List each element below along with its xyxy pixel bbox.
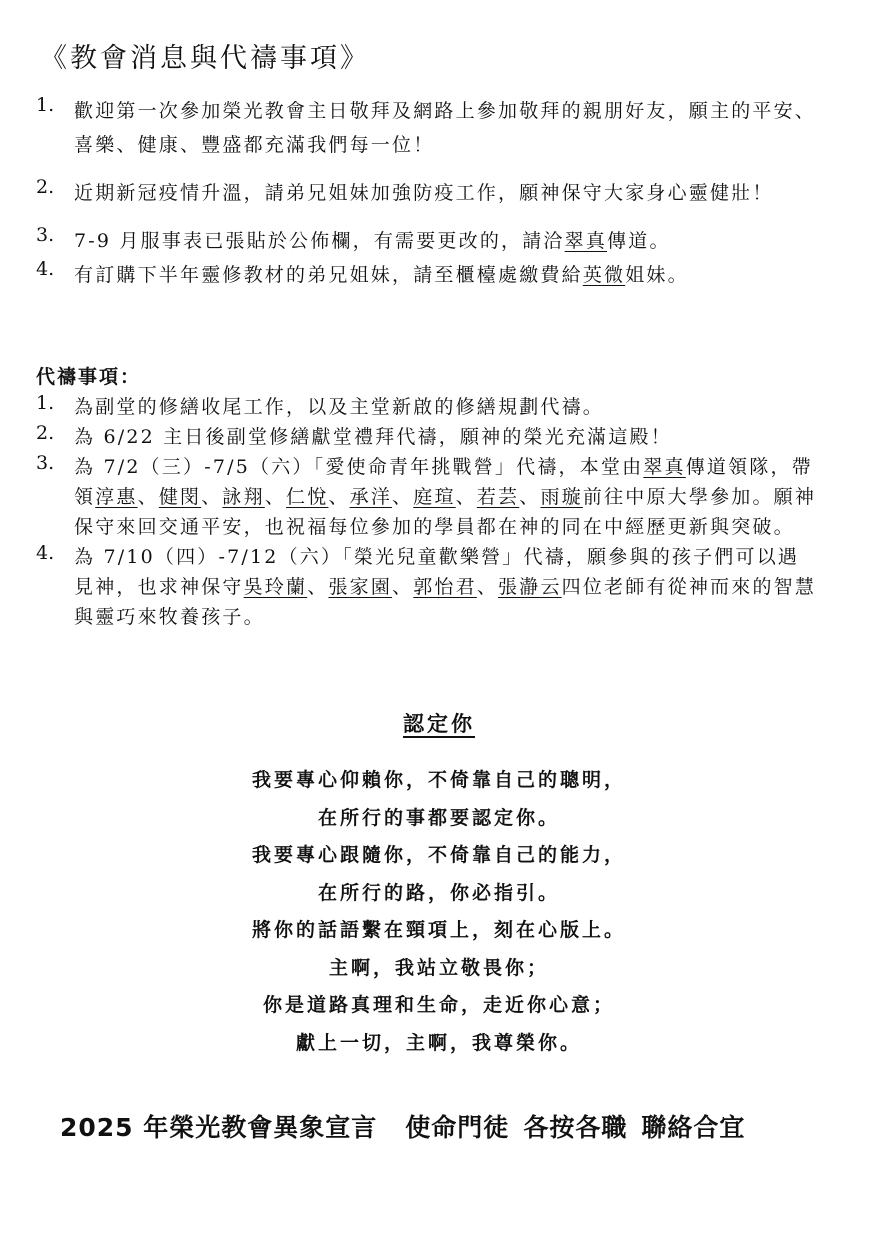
news-item: 3. 7-9 月服事表已張貼於公佈欄，有需要更改的，請洽翠真傳道。 [36, 224, 820, 258]
item-text: 為 7/10（四）-7/12（六）「榮光兒童歡樂營」代禱，願參與的孩子們可以遇見… [74, 542, 820, 632]
item-text: 歡迎第一次參加榮光教會主日敬拜及網路上參加敬拜的親朋好友，願主的平安、喜樂、健康… [74, 94, 820, 162]
poem-line: 將你的話語繫在頸項上，刻在心版上。 [0, 912, 878, 950]
poem-lyrics: 我要專心仰賴你，不倚靠自己的聰明， 在所行的事都要認定你。 我要專心跟隨你，不倚… [0, 762, 878, 1062]
item-number: 4. [36, 258, 74, 292]
person-name: 張瀞云 [498, 576, 562, 598]
person-name: 翠真 [565, 230, 607, 252]
text-segment: 7-9 月服事表已張貼於公佈欄，有需要更改的，請洽 [74, 230, 565, 252]
poem-line: 在所行的事都要認定你。 [0, 800, 878, 838]
prayer-item: 1. 為副堂的修繕收尾工作，以及主堂新啟的修繕規劃代禱。 [36, 392, 820, 422]
text-segment: 姐妹。 [625, 264, 689, 286]
prayer-item: 2. 為 6/22 主日後副堂修繕獻堂禮拜代禱，願神的榮光充滿這殿！ [36, 422, 820, 452]
separator: 、 [138, 486, 159, 508]
person-name: 吳玲蘭 [244, 576, 308, 598]
item-number: 4. [36, 542, 74, 632]
person-name: 淳惠 [95, 486, 137, 508]
person-name: 郭怡君 [413, 576, 477, 598]
item-text: 有訂購下半年靈修教材的弟兄姐妹，請至櫃檯處繳費給英微姐妹。 [74, 258, 820, 292]
person-name: 承洋 [350, 486, 392, 508]
poem-title: 認定你 [0, 708, 878, 738]
separator: 、 [265, 486, 286, 508]
poem-title-text: 認定你 [403, 711, 475, 736]
separator: 、 [392, 576, 413, 598]
news-item: 4. 有訂購下半年靈修教材的弟兄姐妹，請至櫃檯處繳費給英微姐妹。 [36, 258, 820, 292]
item-text: 近期新冠疫情升溫，請弟兄姐妹加強防疫工作，願神保守大家身心靈健壯！ [74, 176, 820, 210]
prayer-item: 4. 為 7/10（四）-7/12（六）「榮光兒童歡樂營」代禱，願參與的孩子們可… [36, 542, 820, 632]
poem-line: 我要專心跟隨你，不倚靠自己的能力， [0, 837, 878, 875]
person-name: 若芸 [477, 486, 519, 508]
vision-statement: 2025 年榮光教會異象宣言使命門徒各按各職聯絡合宜 [60, 1108, 759, 1144]
poem-line: 獻上一切，主啊，我尊榮你。 [0, 1025, 878, 1063]
poem-line: 主啊，我站立敬畏你； [0, 950, 878, 988]
person-name: 英微 [583, 264, 625, 286]
text-segment: 有訂購下半年靈修教材的弟兄姐妹，請至櫃檯處繳費給 [74, 264, 583, 286]
news-item: 1. 歡迎第一次參加榮光教會主日敬拜及網路上參加敬拜的親朋好友，願主的平安、喜樂… [36, 94, 820, 162]
item-text: 為 6/22 主日後副堂修繕獻堂禮拜代禱，願神的榮光充滿這殿！ [74, 422, 820, 452]
separator: 、 [477, 576, 498, 598]
vision-label: 2025 年榮光教會異象宣言 [60, 1113, 377, 1142]
item-text: 為副堂的修繕收尾工作，以及主堂新啟的修繕規劃代禱。 [74, 392, 820, 422]
person-name: 健閔 [159, 486, 201, 508]
news-item: 2. 近期新冠疫情升溫，請弟兄姐妹加強防疫工作，願神保守大家身心靈健壯！ [36, 176, 820, 210]
separator: 、 [456, 486, 477, 508]
text-segment: 為 7/2（三）-7/5（六）「愛使命青年挑戰營」代禱，本堂由 [74, 456, 643, 478]
separator: 、 [519, 486, 540, 508]
text-segment: 傳道。 [607, 230, 671, 252]
person-name: 詠翔 [222, 486, 264, 508]
separator: 、 [307, 576, 328, 598]
person-name: 仁悅 [286, 486, 328, 508]
item-number: 3. [36, 224, 74, 258]
item-number: 3. [36, 452, 74, 542]
page-title: 《教會消息與代禱事項》 [40, 36, 370, 75]
item-number: 2. [36, 176, 74, 210]
item-number: 1. [36, 392, 74, 422]
separator: 、 [201, 486, 222, 508]
prayer-heading: 代禱事項： [36, 362, 141, 389]
vision-part: 各按各職 [523, 1113, 627, 1142]
item-text: 為 7/2（三）-7/5（六）「愛使命青年挑戰營」代禱，本堂由翠真傳道領隊，帶領… [74, 452, 820, 542]
person-name: 雨璇 [540, 486, 582, 508]
person-name: 翠真 [643, 456, 685, 478]
separator: 、 [328, 486, 349, 508]
item-text: 7-9 月服事表已張貼於公佈欄，有需要更改的，請洽翠真傳道。 [74, 224, 820, 258]
person-name: 庭瑄 [413, 486, 455, 508]
news-list: 1. 歡迎第一次參加榮光教會主日敬拜及網路上參加敬拜的親朋好友，願主的平安、喜樂… [36, 94, 820, 292]
prayer-list: 1. 為副堂的修繕收尾工作，以及主堂新啟的修繕規劃代禱。 2. 為 6/22 主… [36, 392, 820, 632]
person-name: 張家園 [328, 576, 392, 598]
vision-part: 使命門徒 [405, 1113, 509, 1142]
item-number: 1. [36, 94, 74, 162]
item-number: 2. [36, 422, 74, 452]
poem-line: 你是道路真理和生命，走近你心意； [0, 987, 878, 1025]
poem-line: 在所行的路，你必指引。 [0, 875, 878, 913]
separator: 、 [392, 486, 413, 508]
vision-part: 聯絡合宜 [641, 1113, 745, 1142]
prayer-item: 3. 為 7/2（三）-7/5（六）「愛使命青年挑戰營」代禱，本堂由翠真傳道領隊… [36, 452, 820, 542]
poem-line: 我要專心仰賴你，不倚靠自己的聰明， [0, 762, 878, 800]
